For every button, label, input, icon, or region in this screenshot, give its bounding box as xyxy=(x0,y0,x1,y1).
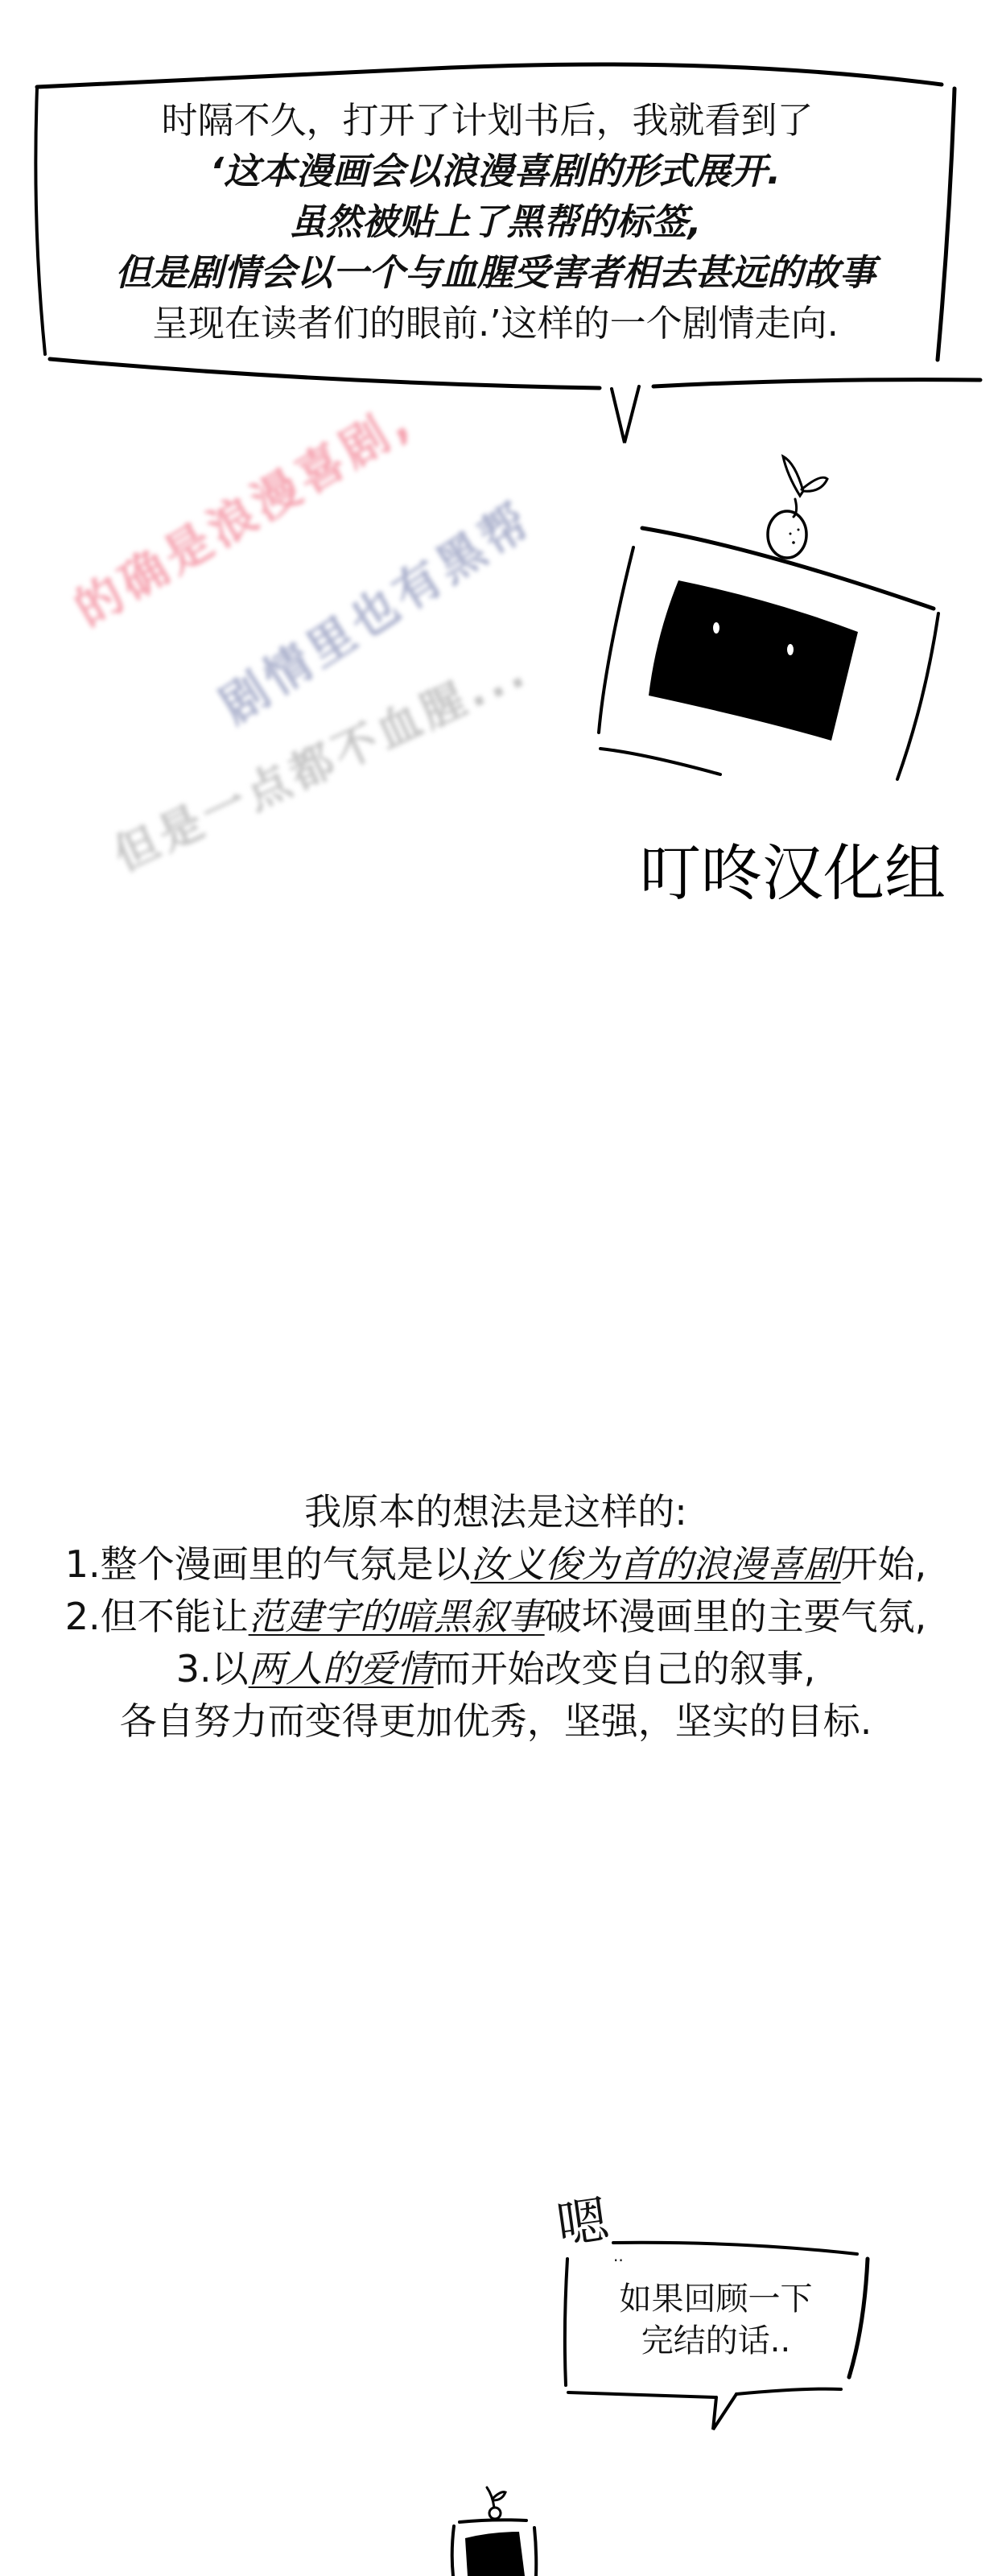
small-speech-bubble: 如果回顾一下 完结的话.. xyxy=(565,2278,867,2362)
interjection-um: 嗯 xyxy=(553,2188,613,2259)
interjection-dots: .. xyxy=(613,2246,624,2265)
narration-item-2: 2.但不能让范建宇的暗黑叙事破坏漫画里的主要气氛, xyxy=(0,1591,992,1643)
bubble-line-4: 但是剧情会以一个与血腥受害者相去甚远的故事 xyxy=(35,247,955,298)
narration-block: 我原本的想法是这样的: 1.整个漫画里的气氛是以汝义俊为首的浪漫喜剧开始, 2.… xyxy=(0,1486,992,1748)
item-2-highlight: 范建宇的暗黑叙事 xyxy=(249,1595,545,1638)
item-3-suffix: 而开始改变自己的叙事, xyxy=(434,1647,816,1690)
item-3-highlight: 两人的爱情 xyxy=(249,1647,434,1690)
narration-item-1: 1.整个漫画里的气氛是以汝义俊为首的浪漫喜剧开始, xyxy=(0,1538,992,1591)
bubble-line-3: 虽然被贴上了黑帮的标签, xyxy=(35,196,955,247)
item-1-highlight: 汝义俊为首的浪漫喜剧 xyxy=(471,1542,841,1586)
item-1-prefix: 1.整个漫画里的气氛是以 xyxy=(65,1542,471,1586)
item-3-prefix: 3.以 xyxy=(176,1647,249,1690)
tv-robot-mascot-small xyxy=(452,2487,537,2576)
item-2-prefix: 2.但不能让 xyxy=(65,1595,249,1638)
item-1-suffix: 开始, xyxy=(841,1542,927,1586)
top-speech-bubble: 时隔不久，打开了计划书后，我就看到了 ‘这本漫画会以浪漫喜剧的形式展开. 虽然被… xyxy=(35,95,955,349)
item-2-suffix: 破坏漫画里的主要气氛, xyxy=(545,1595,927,1638)
narration-closing: 各自努力而变得更加优秀，坚强，坚实的目标. xyxy=(0,1695,992,1748)
small-bubble-line-2: 完结的话.. xyxy=(565,2320,867,2362)
narration-item-3: 3.以两人的爱情而开始改变自己的叙事, xyxy=(0,1643,992,1695)
translation-group-credit: 叮咚汉化组 xyxy=(640,833,946,914)
tv-robot-mascot-large xyxy=(599,456,938,779)
comic-artwork-layer xyxy=(0,0,1006,2576)
small-bubble-line-1: 如果回顾一下 xyxy=(565,2278,867,2320)
bubble-line-5: 呈现在读者们的眼前.’这样的一个剧情走向. xyxy=(35,298,955,349)
narration-intro: 我原本的想法是这样的: xyxy=(0,1486,992,1538)
bubble-line-2: ‘这本漫画会以浪漫喜剧的形式展开. xyxy=(35,146,955,196)
bubble-line-1: 时隔不久，打开了计划书后，我就看到了 xyxy=(35,95,955,146)
